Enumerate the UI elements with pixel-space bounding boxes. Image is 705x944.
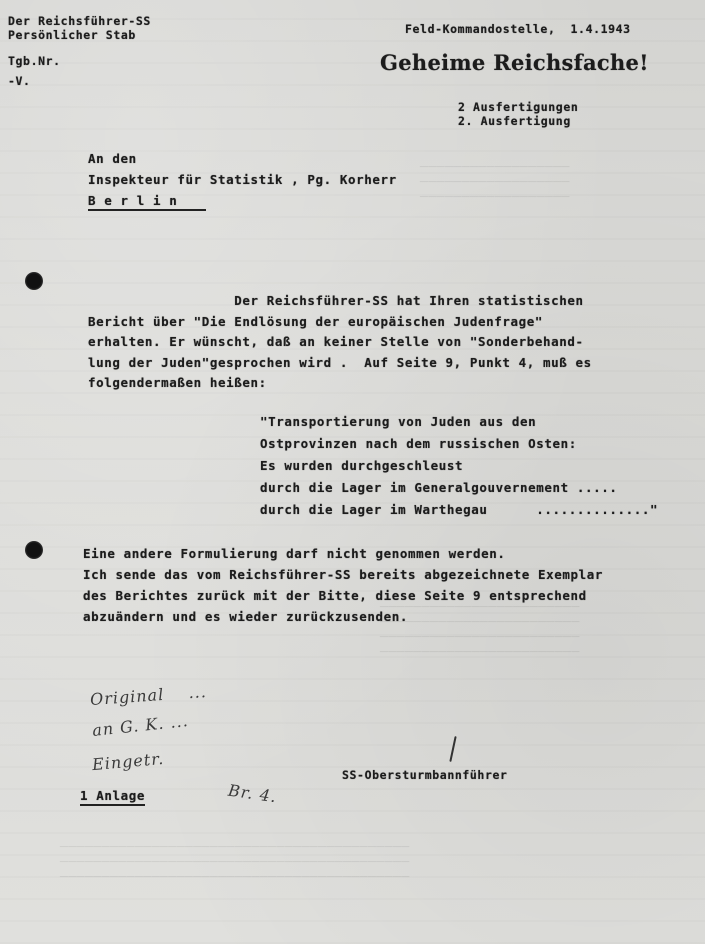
- sender-department: Persönlicher Stab: [8, 28, 136, 42]
- address-salutation: An den: [88, 151, 137, 166]
- sender-office: Der Reichsführer-SS: [8, 14, 151, 28]
- copies-count: 2 Ausfertigungen: [458, 100, 578, 114]
- handwritten-note-line-3: Eingetr.: [91, 749, 165, 774]
- journal-number: Tgb.Nr.: [8, 54, 61, 68]
- punch-hole: [25, 272, 43, 290]
- address-city: B e r l i n: [88, 193, 206, 211]
- punch-hole: [25, 541, 43, 559]
- body-paragraph-1: Der Reichsführer-SS hat Ihren statistisc…: [88, 293, 592, 396]
- classification-stamp: Geheime Reichsfache!: [380, 50, 649, 75]
- handwritten-note-line-1: Original ...: [89, 682, 207, 709]
- handwritten-initials: Br. 4.: [227, 781, 278, 807]
- signatory-rank: SS-Obersturmbannführer: [342, 768, 508, 782]
- document-page: ────────────────── ────────────────── ──…: [0, 0, 705, 944]
- bleed-through-text: ────────────────── ────────────────── ──…: [420, 160, 570, 205]
- quoted-replacement-text: "Transportierung von Juden aus den Ostpr…: [260, 414, 658, 524]
- enclosure-note: 1 Anlage: [80, 788, 145, 806]
- address-recipient: Inspekteur für Statistik , Pg. Korherr: [88, 172, 397, 187]
- bleed-through-text: ────────────────────────────────────────…: [60, 840, 410, 885]
- signature-mark: [449, 736, 456, 762]
- reference-mark: -V.: [8, 74, 31, 88]
- handwritten-note-line-2: an G. K. ...: [91, 711, 189, 740]
- body-paragraph-2: Eine andere Formulierung darf nicht geno…: [83, 546, 603, 630]
- place-date: Feld-Kommandostelle, 1.4.1943: [405, 22, 631, 36]
- copy-number: 2. Ausfertigung: [458, 114, 571, 128]
